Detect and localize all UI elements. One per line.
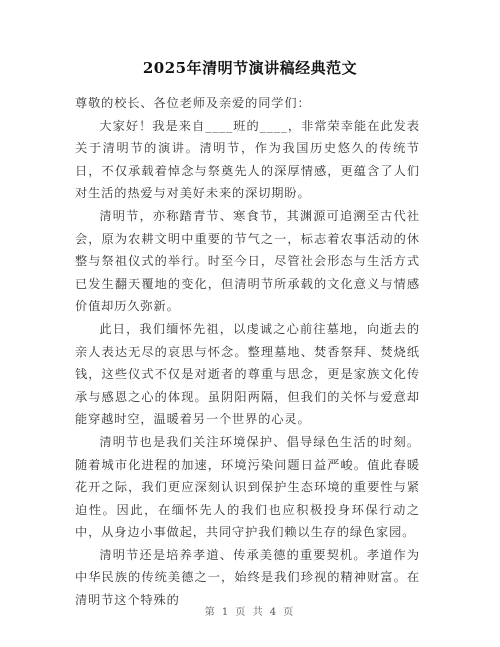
document-page: 2025年清明节演讲稿经典范文 尊敬的校长、各位老师及亲爱的同学们： 大家好！我… (0, 0, 500, 647)
paragraph-filial-piety: 清明节还是培养孝道、传承美德的重要契机。孝道作为中华民族的传统美德之一，始终是我… (75, 544, 420, 612)
paragraph-environment: 清明节也是我们关注环境保护、倡导绿色生活的时刻。随着城市化进程的加速，环境污染问… (75, 431, 420, 544)
page-indicator: 第 1 页 共 4 页 (0, 603, 500, 618)
document-title: 2025年清明节演讲稿经典范文 (0, 57, 500, 78)
salutation: 尊敬的校长、各位老师及亲爱的同学们： (75, 92, 420, 115)
document-body: 尊敬的校长、各位老师及亲爱的同学们： 大家好！我是来自____班的____，非常… (75, 92, 420, 612)
paragraph-greeting: 大家好！我是来自____班的____，非常荣幸能在此发表关于清明节的演讲。清明节… (75, 115, 420, 205)
paragraph-remembrance: 此日，我们缅怀先祖，以虔诚之心前往墓地，向逝去的亲人表达无尽的哀思与怀念。整理墓… (75, 318, 420, 431)
paragraph-origin: 清明节，亦称踏青节、寒食节，其渊源可追溯至古代社会，原为农耕文明中重要的节气之一… (75, 205, 420, 318)
